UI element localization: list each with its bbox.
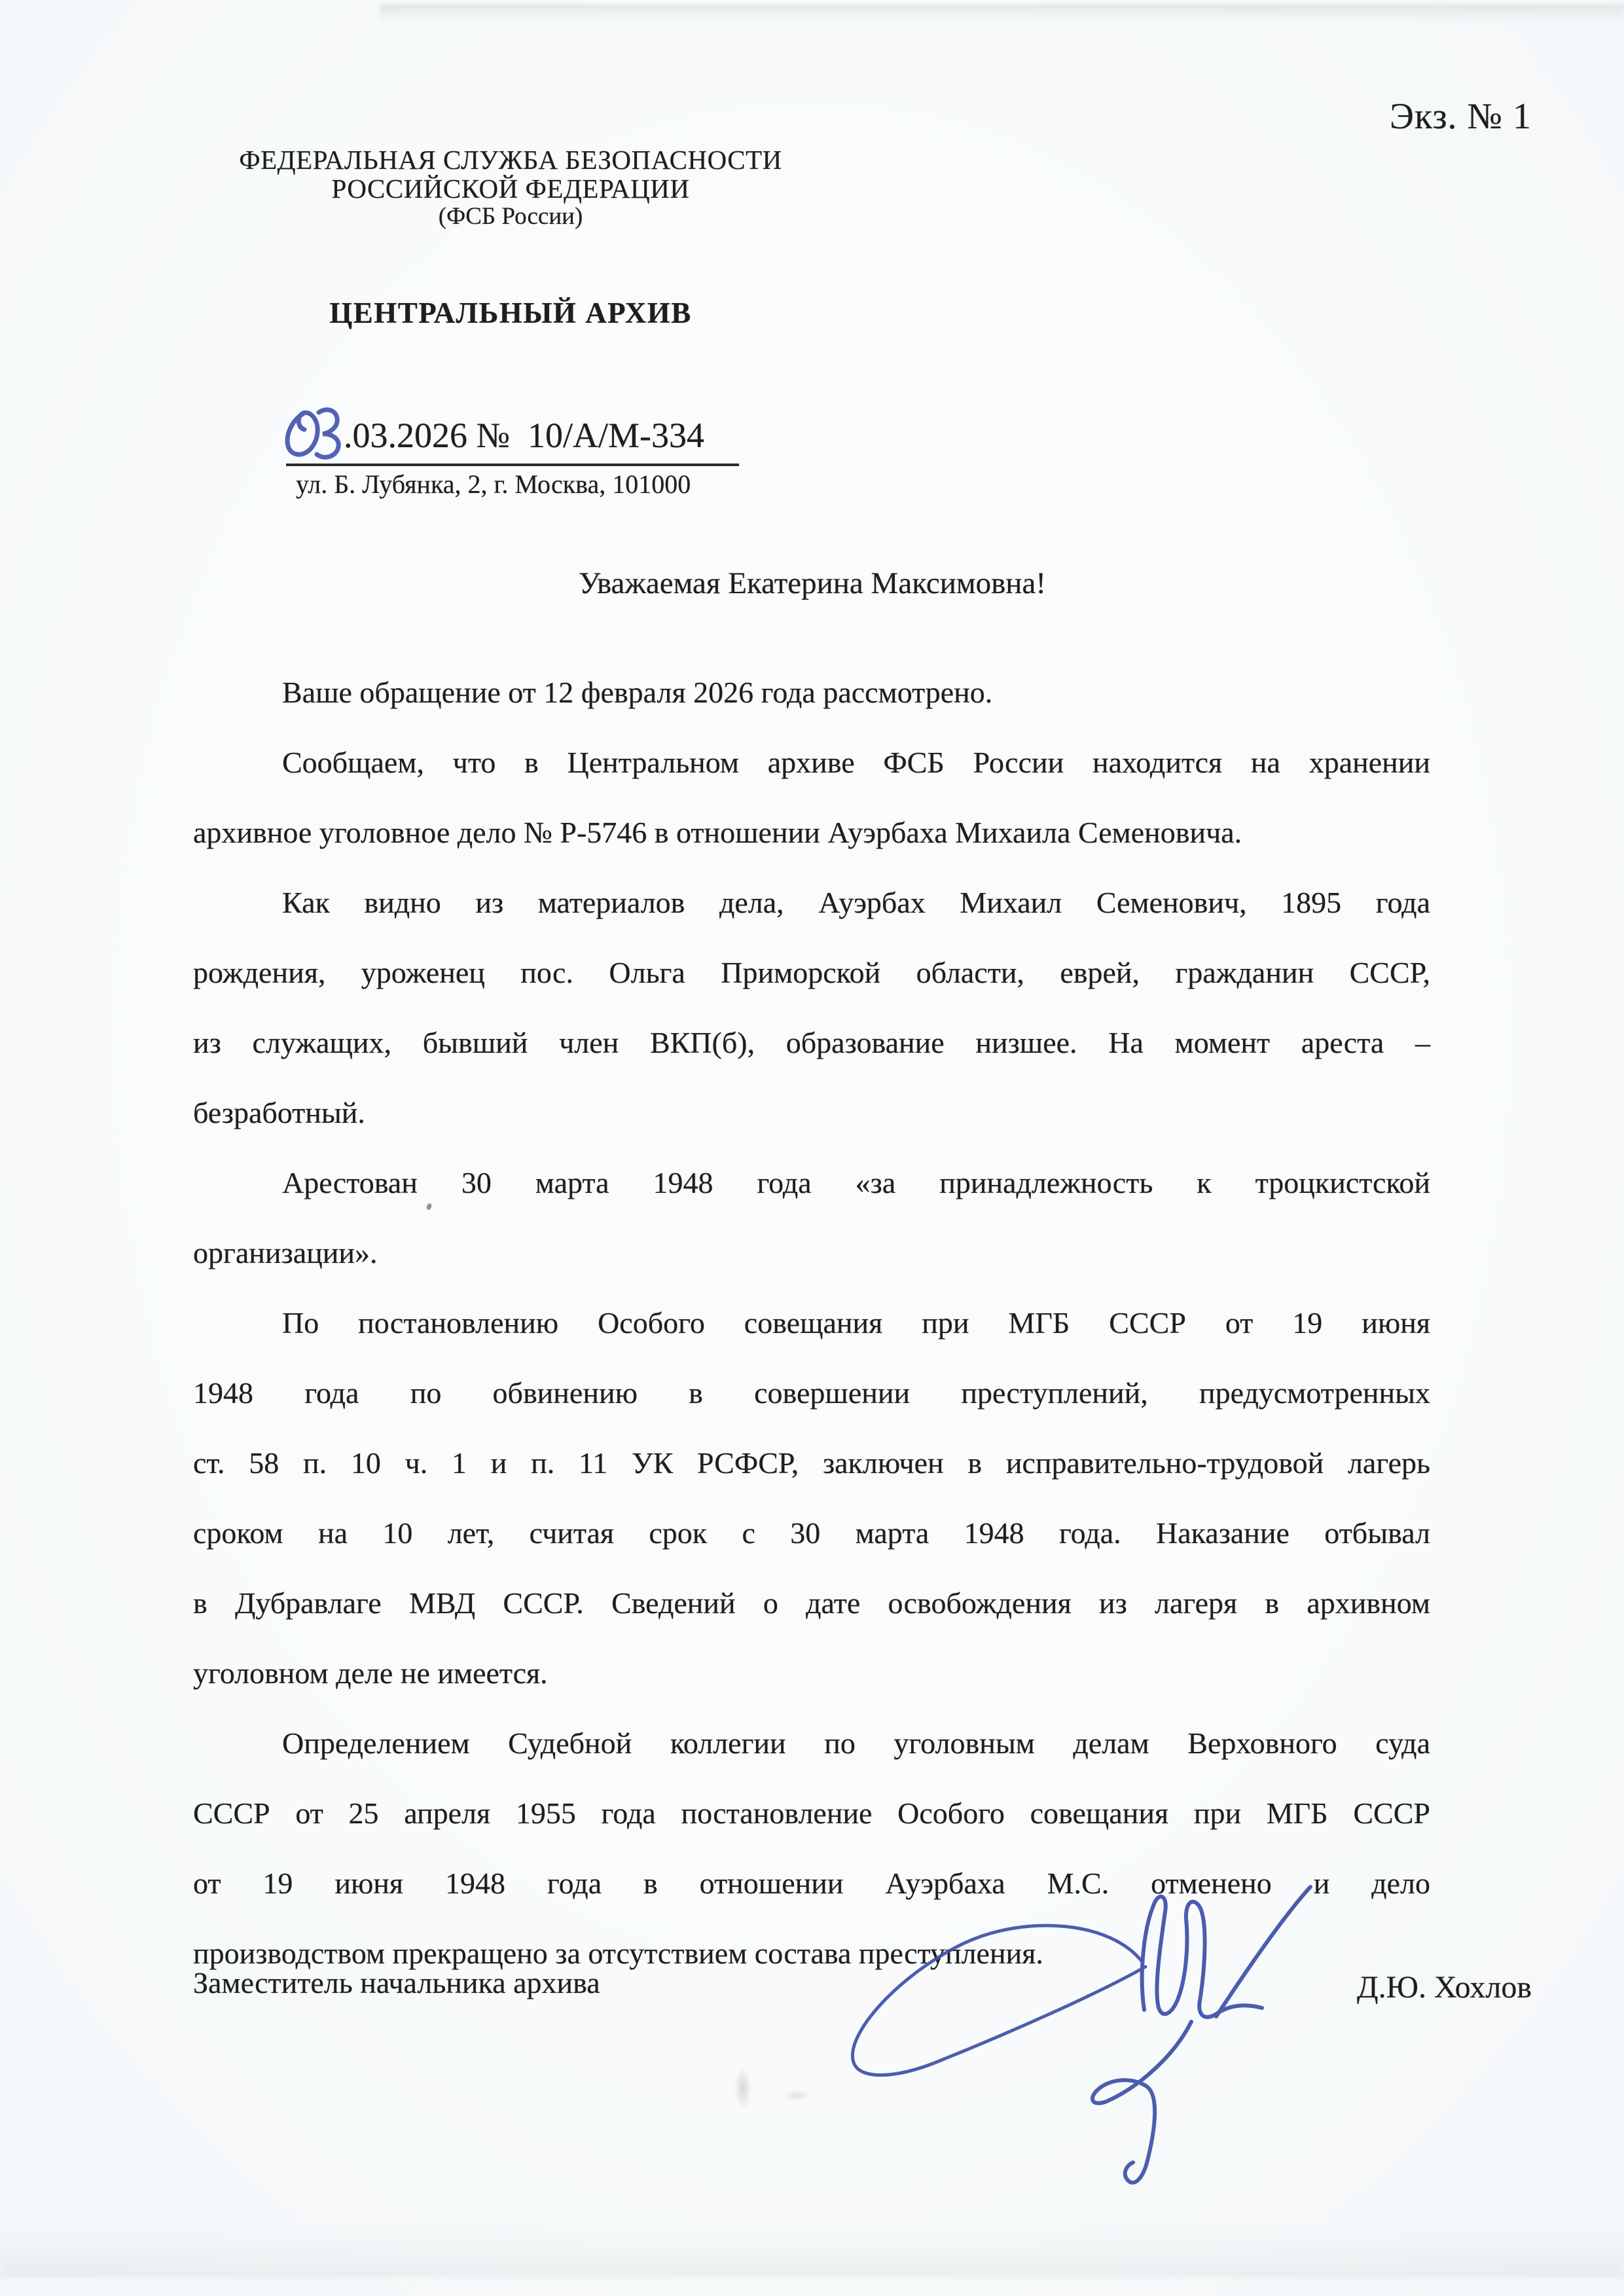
letterhead-agency-line1: ФЕДЕРАЛЬНАЯ СЛУЖБА БЕЗОПАСНОСТИ [177, 145, 844, 174]
body-line: По постановлению Особого совещания при М… [193, 1288, 1430, 1358]
letterhead: ФЕДЕРАЛЬНАЯ СЛУЖБА БЕЗОПАСНОСТИ РОССИЙСК… [177, 145, 844, 230]
body-line: Ваше обращение от 12 февраля 2026 года р… [193, 657, 1430, 727]
body-line: архивное уголовное дело № Р-5746 в отнош… [193, 797, 1430, 867]
signer-name: Д.Ю. Хохлов [1299, 1969, 1532, 2005]
handwritten-day [282, 403, 348, 464]
scanned-letter-page: Экз. № 1 ФЕДЕРАЛЬНАЯ СЛУЖБА БЕЗОПАСНОСТИ… [0, 0, 1624, 2296]
body-line: из служащих, бывший член ВКП(б), образов… [193, 1008, 1430, 1078]
reference-number-printed: .03.2026 № 10/А/М-334 [344, 415, 704, 456]
scan-noise-bottom [0, 2225, 1624, 2278]
copy-number-label: Экз. № 1 [1270, 96, 1532, 137]
letterhead-agency-line2: РОССИЙСКОЙ ФЕДЕРАЦИИ [177, 174, 844, 203]
body-line: сроком на 10 лет, считая срок с 30 марта… [193, 1498, 1430, 1568]
body-line: 1948 года по обвинению в совершении прес… [193, 1358, 1430, 1428]
salutation: Уважаемая Екатерина Максимовна! [579, 566, 1046, 601]
body-line: ст. 58 п. 10 ч. 1 и п. 11 УК РСФСР, закл… [193, 1428, 1430, 1498]
scan-smudge-artifact [734, 2068, 751, 2109]
body-line: Арестован 30 марта 1948 года «за принадл… [193, 1148, 1430, 1218]
letterhead-agency-abbr: (ФСБ России) [177, 203, 844, 230]
body-line: рождения, уроженец пос. Ольга Приморской… [193, 938, 1430, 1008]
scan-noise-top [380, 4, 1624, 24]
handwritten-day-ink [282, 403, 348, 464]
body-line: Сообщаем, что в Центральном архиве ФСБ Р… [193, 727, 1430, 797]
handwritten-signature [823, 1870, 1347, 2204]
letterhead-department: ЦЕНТРАЛЬНЫЙ АРХИВ [177, 296, 844, 330]
reference-number-line: .03.2026 № 10/А/М-334 [286, 407, 739, 466]
body-line: безработный. [193, 1078, 1430, 1148]
letter-body: Ваше обращение от 12 февраля 2026 года р… [193, 657, 1430, 1988]
body-line: Определением Судебной коллегии по уголов… [193, 1708, 1430, 1778]
body-line: организации». [193, 1218, 1430, 1288]
body-line: в Дубравлаге МВД СССР. Сведений о дате о… [193, 1568, 1430, 1638]
sender-address: ул. Б. Лубянка, 2, г. Москва, 101000 [296, 469, 691, 500]
body-line: СССР от 25 апреля 1955 года постановлени… [193, 1778, 1430, 1848]
body-line: уголовном деле не имеется. [193, 1638, 1430, 1708]
signer-title: Заместитель начальника архива [193, 1965, 600, 2000]
scan-smudge-artifact [783, 2090, 810, 2102]
body-line: Как видно из материалов дела, Ауэрбах Ми… [193, 867, 1430, 938]
